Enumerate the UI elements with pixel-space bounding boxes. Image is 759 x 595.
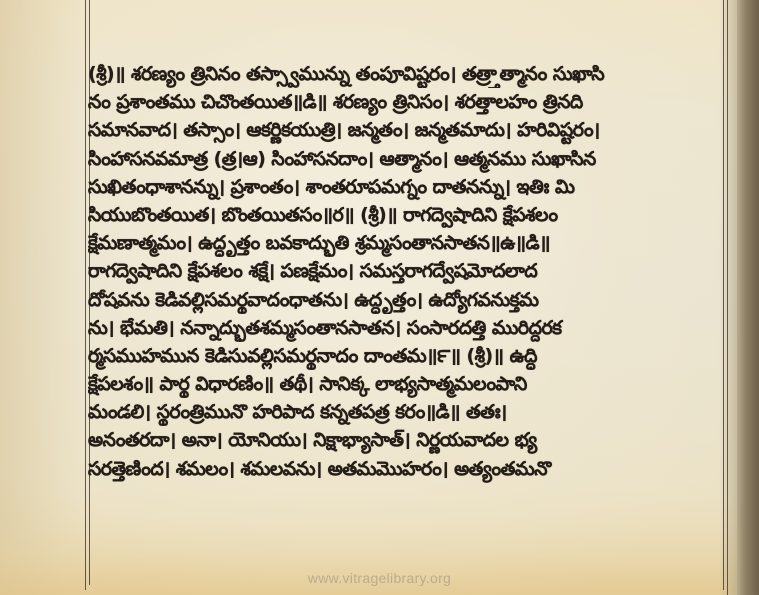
manuscript-line-5: సుఖితంధాశానన్ను। ప్రశాంతం। శాంతరూపమగ్నం …: [88, 173, 724, 201]
manuscript-line-15: సరత్తెణింద। శమలం। శమలవను। అతమమొహరం। అత్య…: [88, 455, 724, 483]
manuscript-line-10: ను। భేమతి। నన్నాద్భుతశమ్మసంతానసాతన। సంసా…: [88, 314, 724, 342]
manuscript-line-7: క్షేమణాత్మమం। ఉద్ధృత్తం బవకాద్భుతి శ్రమ్…: [88, 229, 724, 257]
manuscript-line-3: సమానవాద। తస్సాం। ఆకర్ణికయుత్రి। జన్మతం। …: [88, 116, 724, 144]
manuscript-line-2: నం ప్రశాంతము చిచొంతయిత॥డి॥ శరణ్యం త్రిని…: [88, 88, 724, 116]
manuscript-line-1: (శ్రీ)॥ శరణ్యం త్రినినం తస్స్వామున్ను తం…: [88, 60, 724, 88]
manuscript-line-8: రాగద్వెషాదిని క్షేపశలం శక్షే। పణక్షేమం। …: [88, 257, 724, 285]
manuscript-line-4: సింహాసనవమాత్ర (త్ర।ఆ) సింహాసనదాం। ఆత్మాన…: [88, 145, 724, 173]
manuscript-line-13: మండలి। స్థరంత్రిమునొ హరిపాద కన్నతపత్ర కర…: [88, 398, 724, 426]
manuscript-line-11: ర్మసముహమున కెడిసువల్లిసమర్థనాదం దాంతమ॥౯॥…: [88, 342, 724, 370]
book-binding-edge: [737, 0, 759, 595]
left-margin-rule: [85, 0, 86, 590]
paper-stain-left: [0, 0, 90, 595]
manuscript-line-14: అనంతరదా। అనా। యోనియు। నిక్షాభ్యాసాత్। ని…: [88, 426, 724, 454]
manuscript-page: (శ్రీ)॥ శరణ్యం త్రినినం తస్స్వామున్ను తం…: [0, 0, 759, 595]
manuscript-line-9: దోషవను కెడివల్లిసమర్థవాదంధాతను। ఉద్ధృత్త…: [88, 286, 724, 314]
watermark-text: www.vitragelibrary.org: [0, 570, 759, 586]
manuscript-text-block: (శ్రీ)॥ శరణ్యం త్రినినం తస్స్వామున్ను తం…: [88, 60, 728, 483]
manuscript-line-6: సియుబొంతయిత। బొంతయితసం॥ర॥ (శ్రీ)॥ రాగద్వ…: [88, 201, 724, 229]
manuscript-line-12: క్షేపలశం॥ పార్థ విధారణిం॥ తథీ। సానిక్క ల…: [88, 370, 724, 398]
